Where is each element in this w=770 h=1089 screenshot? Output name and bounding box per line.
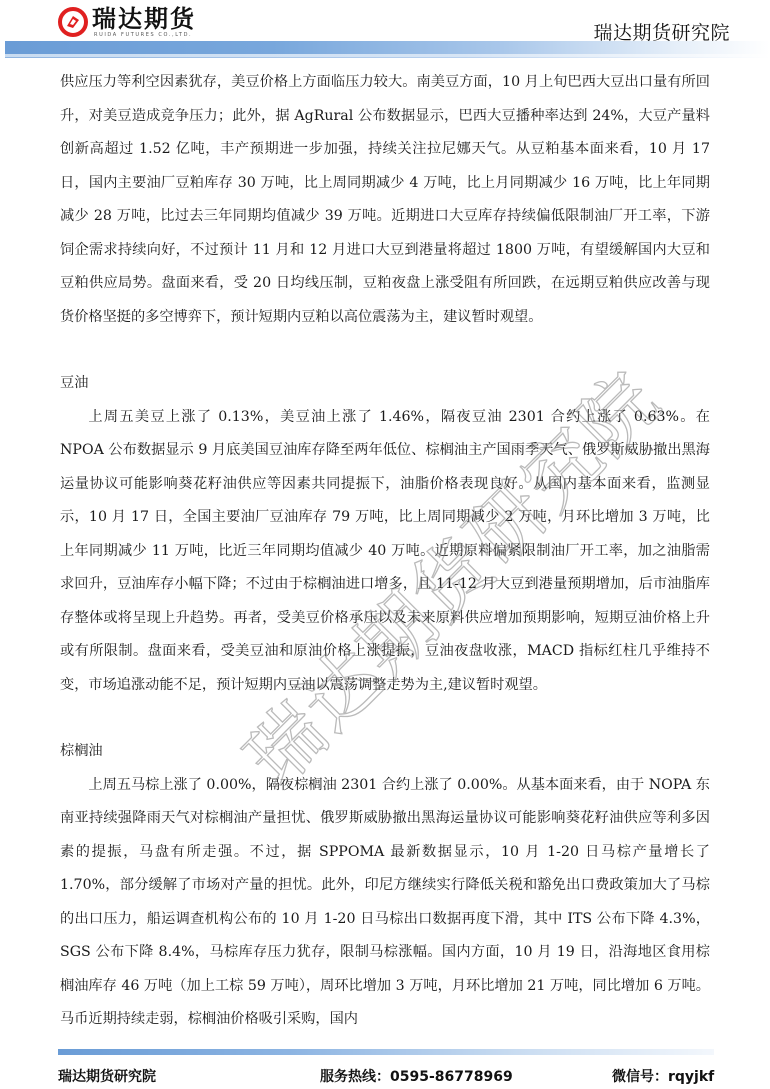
footer-band [58, 1049, 714, 1055]
paragraph-soybean-oil: 上周五美豆上涨了 0.13%，美豆油上涨了 1.46%，隔夜豆油 2301 合约… [60, 401, 710, 703]
spacer [60, 702, 710, 735]
section-title-palm-oil: 棕榈油 [60, 735, 710, 769]
paragraph-palm-oil: 上周五马棕上涨了 0.00%，隔夜棕榈油 2301 合约上涨了 0.00%。从基… [60, 769, 710, 1037]
logo-chinese-text: 瑞达期货 [92, 7, 196, 31]
logo-english-text: RUIDA FUTURES CO.,LTD. [94, 33, 196, 38]
header-band [5, 41, 770, 54]
page-header: 瑞达期货 RUIDA FUTURES CO.,LTD. 瑞达期货研究院 [0, 0, 770, 60]
spacer [60, 334, 710, 367]
ruida-logo-icon [58, 7, 88, 37]
company-logo: 瑞达期货 RUIDA FUTURES CO.,LTD. [58, 4, 196, 40]
footer-org: 瑞达期货研究院 [58, 1066, 156, 1086]
paragraph-soymeal: 供应压力等利空因素犹存，美豆价格上方面临压力较大。南美豆方面，10 月上旬巴西大… [60, 66, 710, 334]
report-body: 供应压力等利空因素犹存，美豆价格上方面临压力较大。南美豆方面，10 月上旬巴西大… [60, 66, 710, 1037]
section-title-soybean-oil: 豆油 [60, 367, 710, 401]
page-footer: 瑞达期货研究院 服务热线：0595-86778969 微信号：rqyjkf [58, 1062, 720, 1086]
footer-wechat: 微信号：rqyjkf [612, 1066, 714, 1086]
header-band-line [5, 57, 770, 58]
footer-hotline: 服务热线：0595-86778969 [320, 1066, 513, 1086]
